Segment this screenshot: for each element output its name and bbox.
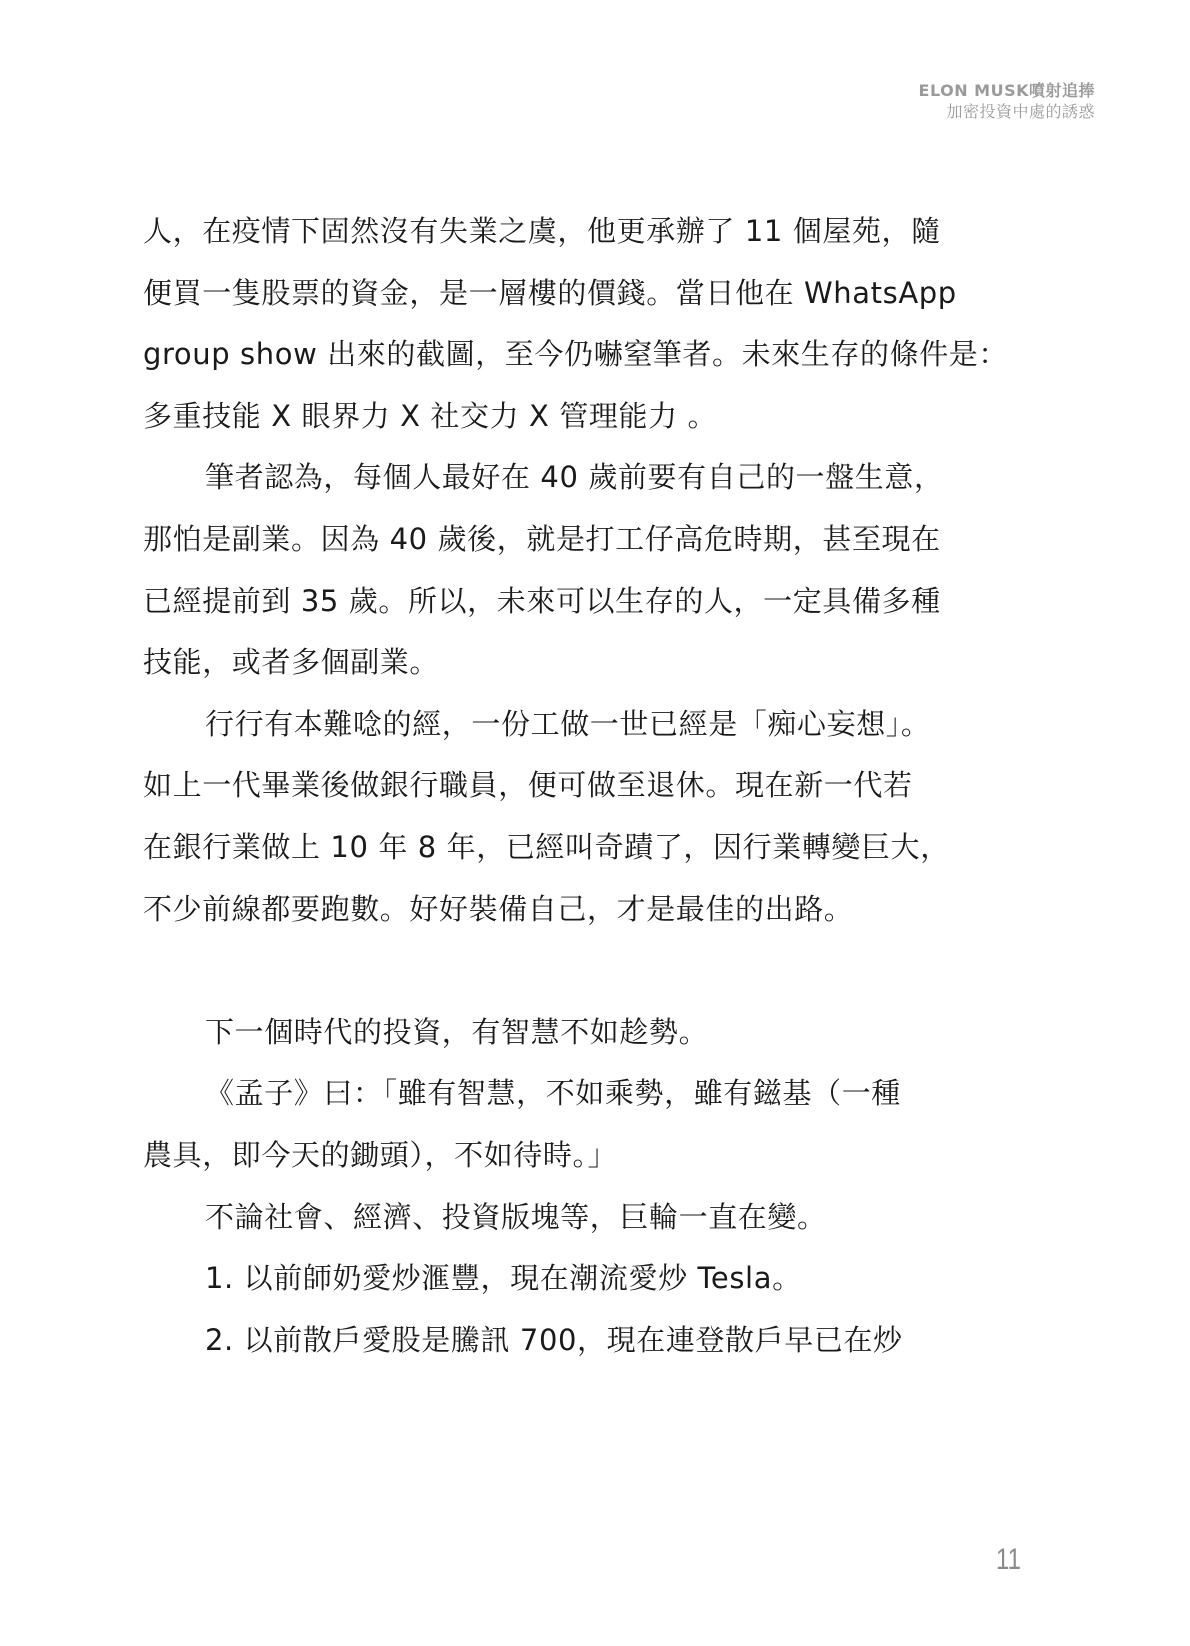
text-line: 便買一隻股票的資金，是一層樓的價錢。當日他在 WhatsApp: [143, 263, 1005, 325]
running-header-title: ELON MUSK噴射追捧: [919, 80, 1095, 101]
list-item-1: 1. 以前師奶愛炒滙豐，現在潮流愛炒 Tesla。: [143, 1248, 1005, 1310]
running-header: ELON MUSK噴射追捧 加密投資中處的誘惑: [919, 80, 1095, 122]
text-line: 技能，或者多個副業。: [143, 632, 1005, 694]
paragraph-start-line: 行行有本難唸的經，一份工做一世已經是「痴心妄想」。: [143, 694, 1005, 756]
blank-line: [143, 940, 1005, 1002]
text-line: 農具，即今天的鋤頭），不如待時。」: [143, 1125, 1005, 1187]
text-line: 那怕是副業。因為 40 歲後，就是打工仔高危時期，甚至現在: [143, 509, 1005, 571]
paragraph-start-line: 不論社會、經濟、投資版塊等，巨輪一直在變。: [143, 1187, 1005, 1249]
page-number: 11: [996, 1543, 1021, 1577]
paragraph-start-line: 筆者認為，每個人最好在 40 歲前要有自己的一盤生意，: [143, 447, 1005, 509]
text-line: 如上一代畢業後做銀行職員，便可做至退休。現在新一代若: [143, 755, 1005, 817]
body-text: 人，在疫情下固然沒有失業之虞，他更承辦了 11 個屋苑，隨 便買一隻股票的資金，…: [143, 201, 1005, 1371]
quote-start-line: 《孟子》曰：「雖有智慧，不如乘勢，雖有鎡基（一種: [143, 1063, 1005, 1125]
running-header-subtitle: 加密投資中處的誘惑: [919, 101, 1095, 122]
text-line: 多重技能 X 眼界力 X 社交力 X 管理能力 。: [143, 386, 1005, 448]
text-line: 已經提前到 35 歲。所以，未來可以生存的人，一定具備多種: [143, 571, 1005, 633]
section-lead-line: 下一個時代的投資，有智慧不如趁勢。: [143, 1002, 1005, 1064]
list-item-2: 2. 以前散戶愛股是騰訊 700，現在連登散戶早已在炒: [143, 1310, 1005, 1372]
text-line: 不少前線都要跑數。好好裝備自己，才是最佳的出路。: [143, 879, 1005, 941]
text-line: 在銀行業做上 10 年 8 年，已經叫奇蹟了，因行業轉變巨大，: [143, 817, 1005, 879]
text-line: 人，在疫情下固然沒有失業之虞，他更承辦了 11 個屋苑，隨: [143, 201, 1005, 263]
text-line: group show 出來的截圖，至今仍嚇窒筆者。未來生存的條件是：: [143, 324, 1005, 386]
